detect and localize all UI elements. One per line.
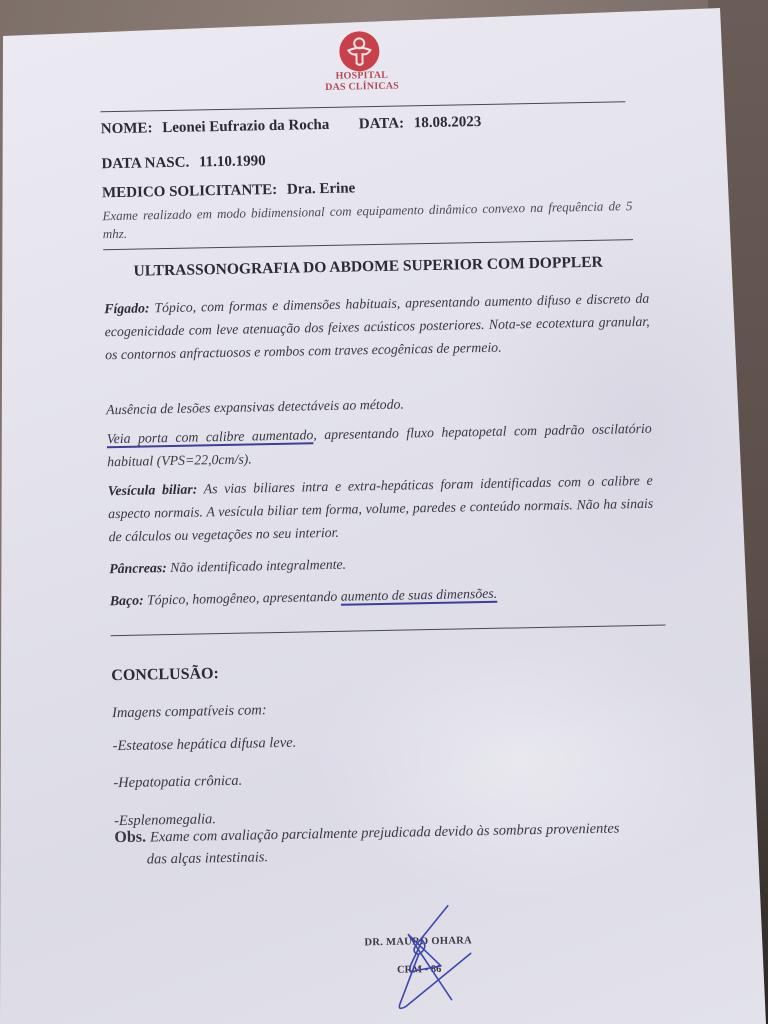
spleen-label: Baço: bbox=[110, 593, 144, 609]
pancreas-label: Pâncreas: bbox=[109, 560, 167, 576]
findings-divider bbox=[111, 625, 666, 637]
liver-label: Fígado: bbox=[104, 300, 150, 316]
portal-vein-underlined: Veia porta com calibre aumentado bbox=[107, 427, 314, 446]
requesting-doctor: Dra. Erine bbox=[287, 180, 356, 197]
report-title: ULTRASSONOGRAFIA DO ABDOME SUPERIOR COM … bbox=[133, 254, 602, 281]
hospital-name-line2: DAS CLÍNICAS bbox=[322, 81, 402, 94]
pancreas-section: Pâncreas: Não identificado integralmente… bbox=[109, 547, 654, 580]
handwritten-signature-icon bbox=[388, 903, 480, 1015]
exam-method-note: Exame realizado em modo bidimensional co… bbox=[102, 197, 633, 243]
liver-section: Fígado: Tópico, com formas e dimensões h… bbox=[104, 287, 650, 366]
liver-text: Tópico, com formas e dimensões habituais… bbox=[105, 291, 650, 362]
spleen-underlined: aumento de suas dimensões. bbox=[341, 586, 498, 604]
exam-date: 18.08.2023 bbox=[414, 114, 482, 131]
date-label: DATA: bbox=[359, 115, 405, 132]
name-label: NOME: bbox=[101, 120, 153, 137]
patient-name-row: NOME: Leonei Eufrazio da Rocha DATA: 18.… bbox=[101, 114, 482, 138]
gallbladder-label: Vesícula biliar: bbox=[108, 482, 198, 499]
birth-date: 11.10.1990 bbox=[199, 153, 266, 170]
report-content: HOSPITAL DAS CLÍNICAS NOME: Leonei Eufra… bbox=[0, 0, 768, 1024]
conclusion-item: -Hepatopatia crônica. bbox=[113, 773, 242, 792]
observation: Obs.Exame com avaliação parcialmente pre… bbox=[114, 816, 680, 871]
requesting-doctor-row: MEDICO SOLICITANTE: Dra. Erine bbox=[102, 180, 356, 202]
hospital-figure-icon bbox=[339, 31, 380, 72]
lesions-text: Ausência de lesões expansivas detectávei… bbox=[106, 388, 651, 421]
birth-date-row: DATA NASC. 11.10.1990 bbox=[101, 153, 266, 173]
requesting-doctor-label: MEDICO SOLICITANTE: bbox=[102, 182, 277, 201]
conclusion-title: CONCLUSÃO: bbox=[111, 665, 219, 685]
portal-vein-text: , apresentando fluxo hepatopetal com pad… bbox=[107, 421, 652, 469]
spleen-text: Tópico, homogêneo, apresentando bbox=[147, 589, 338, 608]
conclusion-intro: Imagens compatíveis com: bbox=[112, 702, 267, 722]
patient-name: Leonei Eufrazio da Rocha bbox=[162, 117, 329, 136]
spleen-section: Baço: Tópico, homogêneo, apresentando au… bbox=[110, 579, 655, 612]
conclusion-item: -Esteatose hepática difusa leve. bbox=[113, 735, 297, 756]
gallbladder-section: Vesícula biliar: As vias biliares intra … bbox=[108, 469, 654, 548]
obs-label: Obs. bbox=[114, 829, 146, 847]
pancreas-text: Não identificado integralmente. bbox=[170, 557, 346, 575]
birth-date-label: DATA NASC. bbox=[101, 155, 189, 173]
header-divider bbox=[100, 101, 625, 112]
hospital-name: HOSPITAL DAS CLÍNICAS bbox=[322, 70, 402, 94]
portal-vein-section: Veia porta com calibre aumentado, aprese… bbox=[107, 417, 653, 473]
